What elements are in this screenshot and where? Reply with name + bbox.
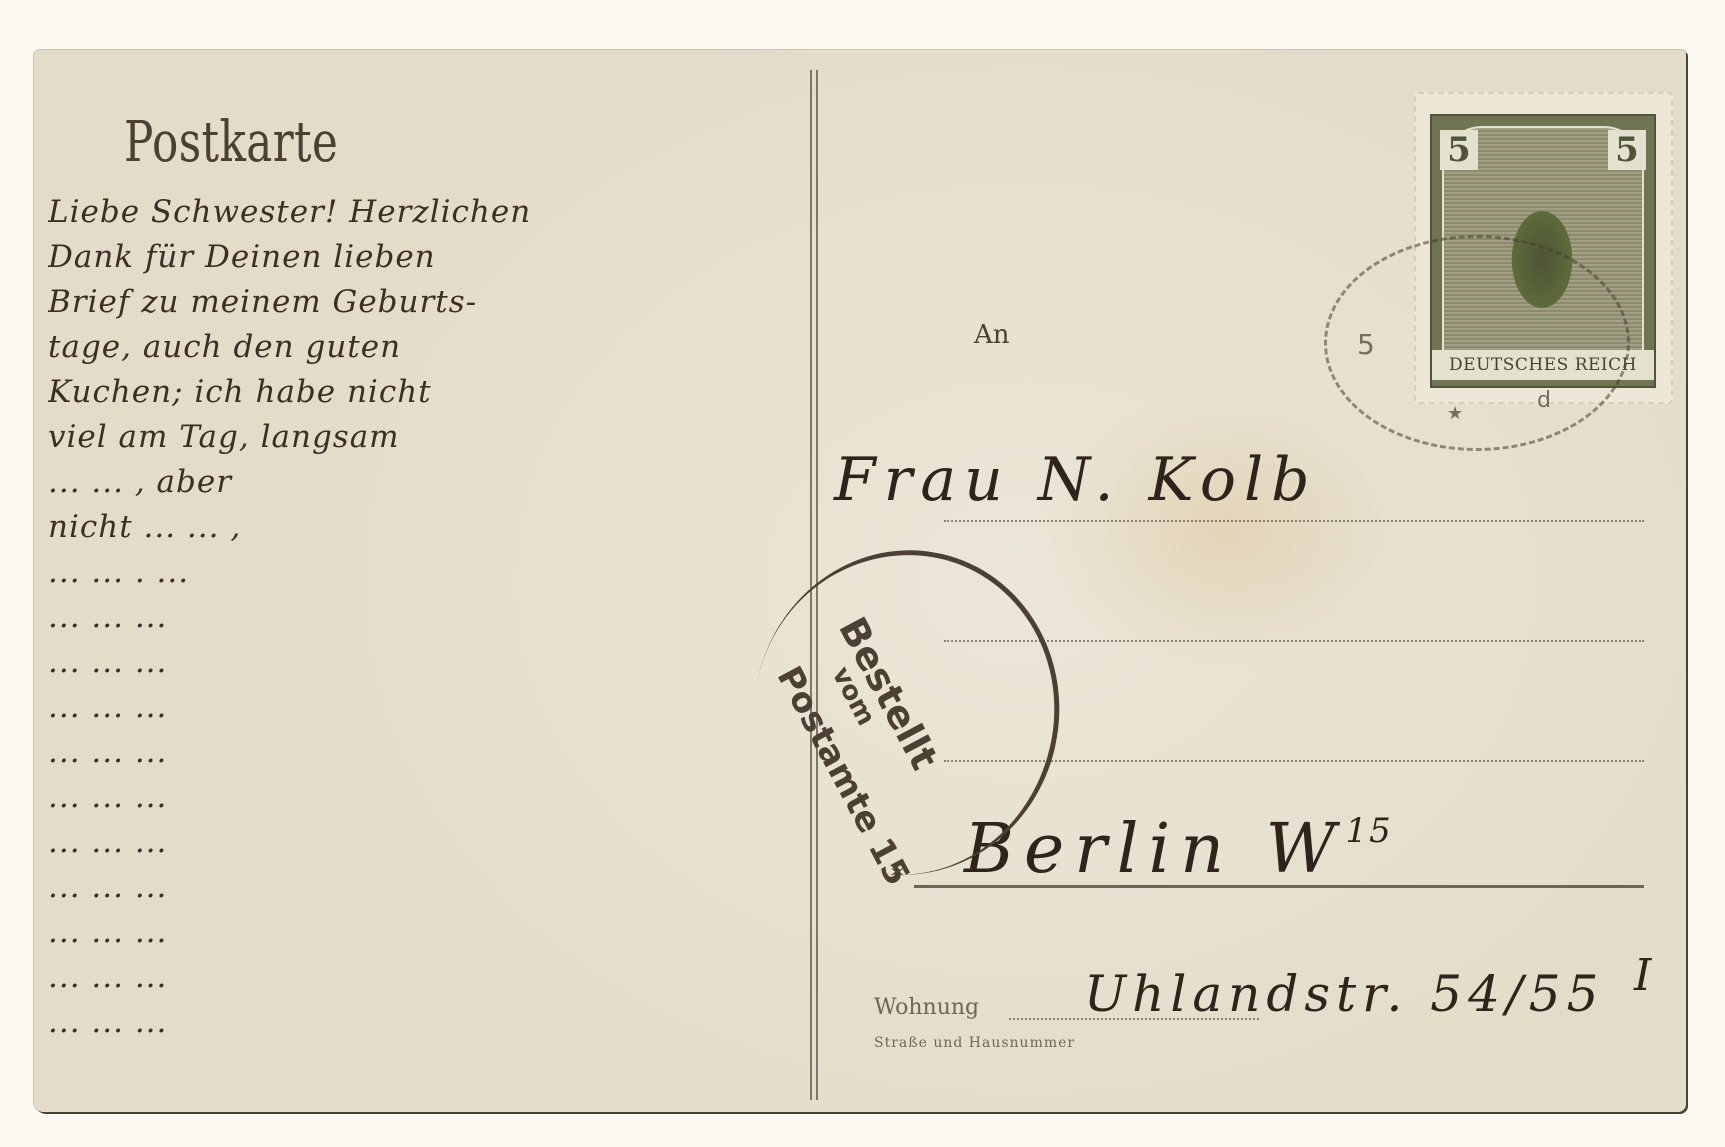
- recipient-floor: I: [1634, 950, 1651, 1001]
- address-label: An: [974, 320, 1010, 350]
- recipient-city: Berlin W15: [964, 810, 1393, 889]
- message-line: ... ... ...: [48, 910, 808, 955]
- message-line: ... ... . ...: [48, 550, 808, 595]
- recipient-street: Uhlandstr. 54/55: [1084, 965, 1604, 1023]
- message-line: Liebe Schwester! Herzlichen: [48, 190, 808, 235]
- star-icon: ★: [1447, 403, 1463, 424]
- message-line: ... ... ...: [48, 595, 808, 640]
- recipient-name: Frau N. Kolb: [834, 445, 1318, 515]
- postcard: Postkarte Liebe Schwester! Herzlichen Da…: [34, 50, 1686, 1112]
- message-line: Brief zu meinem Geburts-: [48, 280, 808, 325]
- address-line-1: [944, 520, 1644, 522]
- message-line: ... ... ...: [48, 685, 808, 730]
- address-line-2: [944, 640, 1644, 642]
- message-line: Kuchen; ich habe nicht: [48, 370, 808, 415]
- stamp-value-right: 5: [1608, 130, 1646, 170]
- message-line: Dank für Deinen lieben: [48, 235, 808, 280]
- handwritten-message: Liebe Schwester! Herzlichen Dank für Dei…: [48, 190, 808, 1045]
- message-line: ... ... ...: [48, 820, 808, 865]
- message-line: ... ... , aber: [48, 460, 808, 505]
- message-line: ... ... ...: [48, 730, 808, 775]
- postmark-day: 5: [1357, 328, 1375, 361]
- message-line: ... ... ...: [48, 1000, 808, 1045]
- postal-district: 15: [1346, 811, 1393, 851]
- message-line: ... ... ...: [48, 775, 808, 820]
- message-line: tage, auch den guten: [48, 325, 808, 370]
- date-postmark: 5 ★ d: [1324, 235, 1630, 451]
- wohnung-label: Wohnung: [874, 995, 979, 1020]
- city-name: Berlin W: [964, 810, 1346, 889]
- postcard-title: Postkarte: [124, 110, 338, 175]
- message-line: viel am Tag, langsam: [48, 415, 808, 460]
- message-line: ... ... ...: [48, 865, 808, 910]
- message-line: ... ... ...: [48, 955, 808, 1000]
- stamp-value-left: 5: [1440, 130, 1478, 170]
- message-line: nicht ... ... ,: [48, 505, 808, 550]
- postmark-letter: d: [1537, 388, 1551, 413]
- wohnung-sublabel: Straße und Hausnummer: [874, 1035, 1075, 1051]
- star-icon: ✶: [889, 860, 906, 884]
- message-line: ... ... ...: [48, 640, 808, 685]
